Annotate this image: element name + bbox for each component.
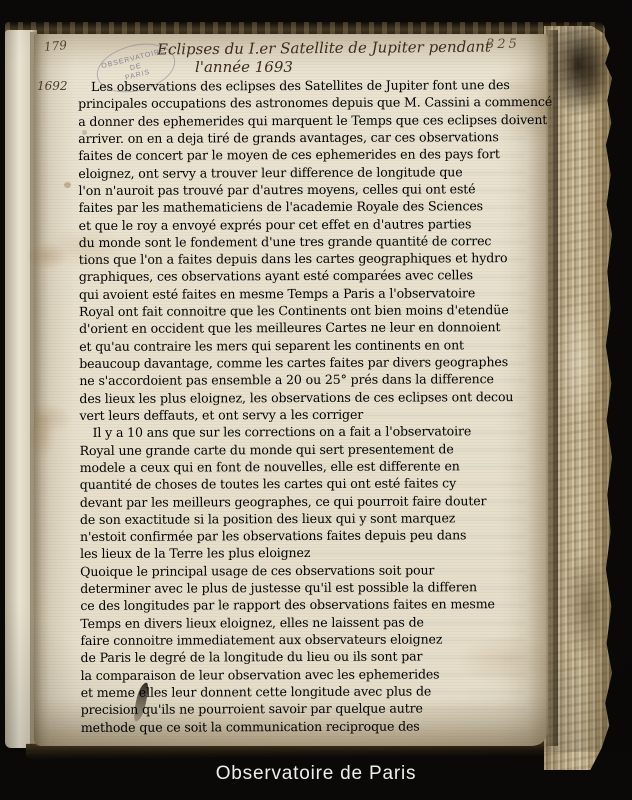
- manuscript-line: faire connoitre immediatement aux observ…: [80, 630, 554, 649]
- fox-spot: [64, 182, 71, 188]
- manuscript-line: arriver. on en a deja tiré de grands ava…: [78, 128, 552, 147]
- manuscript-page: 179 325 OBSERVATOIREDEPARIS Eclipses du …: [34, 34, 548, 746]
- manuscript-line: du monde sont le fondement d'une tres gr…: [79, 232, 553, 251]
- manuscript-body-text: Les observations des eclipses des Satell…: [78, 76, 555, 736]
- page-title-line-1: Eclipses du I.er Satellite de Jupiter pe…: [124, 37, 524, 58]
- manuscript-line: ce des longitudes par le rapport des obs…: [80, 595, 554, 614]
- previous-page-edge: [5, 30, 37, 748]
- manuscript-line: Royal ont fait connoitre que les Contine…: [79, 301, 553, 320]
- manuscript-line: precision qu'ils ne pourroient savoir pa…: [81, 699, 555, 718]
- manuscript-line: des lieux les plus eloignez, les observa…: [79, 388, 553, 407]
- manuscript-line: les lieux de la Terre les plus eloignez: [80, 543, 554, 562]
- manuscript-line: methode que ce soit la communication rec…: [81, 716, 555, 735]
- manuscript-line: et que le roy a envoyé exprés pour cet e…: [79, 214, 553, 233]
- manuscript-line: faites de concert par le moyen de ces ep…: [78, 145, 552, 164]
- photo-frame: 179 325 OBSERVATOIREDEPARIS Eclipses du …: [0, 0, 632, 800]
- manuscript-line: de son exactitude si la position des lie…: [80, 509, 554, 528]
- paragraph-3: Quoique le principal usage de ces observ…: [80, 561, 555, 736]
- manuscript-line: Les observations des eclipses des Satell…: [78, 76, 552, 95]
- manuscript-line: faites par les mathematiciens de l'acade…: [79, 197, 553, 216]
- paragraph-2: Il y a 10 ans que sur les corrections on…: [80, 422, 555, 563]
- manuscript-line: Temps en divers lieux eloignez, elles ne…: [80, 613, 554, 632]
- manuscript-line: a donner des ephemerides qui marquent le…: [78, 111, 552, 130]
- manuscript-line: tions que l'on a faites depuis dans les …: [79, 249, 553, 268]
- folio-number-left: 179: [43, 38, 67, 54]
- manuscript-line: devant par les meilleurs geographes, ce …: [80, 491, 554, 510]
- manuscript-line: Royal une grande carte du monde qui sert…: [80, 439, 554, 458]
- fore-edge-crease-shadow: [545, 30, 558, 746]
- page-title-line-2: l'année 1693: [54, 58, 434, 76]
- manuscript-line: determiner avec le plus de justesse qu'i…: [80, 578, 554, 597]
- worn-corner: [554, 22, 612, 134]
- manuscript-line: ne s'accordoient pas ensemble a 20 ou 25…: [79, 370, 553, 389]
- manuscript-line: et meme elles leur donnent cette longitu…: [81, 682, 555, 701]
- margin-year-note: 1692: [37, 79, 68, 93]
- manuscript-line: l'on n'auroit pas trouvé par d'autres mo…: [78, 180, 552, 199]
- photo-caption: Observatoire de Paris: [0, 763, 632, 785]
- manuscript-line: beaucoup davantage, comme les cartes fai…: [79, 353, 553, 372]
- manuscript-line: graphiques, ces observations ayant esté …: [79, 266, 553, 285]
- manuscript-line: principales occupations des astronomes d…: [78, 93, 552, 112]
- paragraph-1: Les observations des eclipses des Satell…: [78, 76, 554, 424]
- manuscript-line: la comparaison de leur observation avec …: [81, 665, 555, 684]
- manuscript-line: qui avoient esté faites en mesme Temps a…: [79, 284, 553, 303]
- manuscript-line: et qu'au contraire les mers qui separent…: [79, 336, 553, 355]
- manuscript-line: n'estoit confirmée par les observations …: [80, 526, 554, 545]
- manuscript-line: d'orient en occident que les meilleures …: [79, 318, 553, 337]
- manuscript-line: modele a ceux qui en font de nouvelles, …: [80, 457, 554, 476]
- manuscript-line: eloignez, ont servy a trouver leur diffe…: [78, 162, 552, 181]
- manuscript-line: Quoique le principal usage de ces observ…: [80, 561, 554, 580]
- manuscript-line: quantité de choses de toutes les cartes …: [80, 474, 554, 493]
- manuscript-line: vert leurs deffauts, et ont servy a les …: [79, 405, 553, 424]
- manuscript-line: Il y a 10 ans que sur les corrections on…: [80, 422, 554, 441]
- manuscript-line: de Paris le degré de la longitude du lie…: [80, 647, 554, 666]
